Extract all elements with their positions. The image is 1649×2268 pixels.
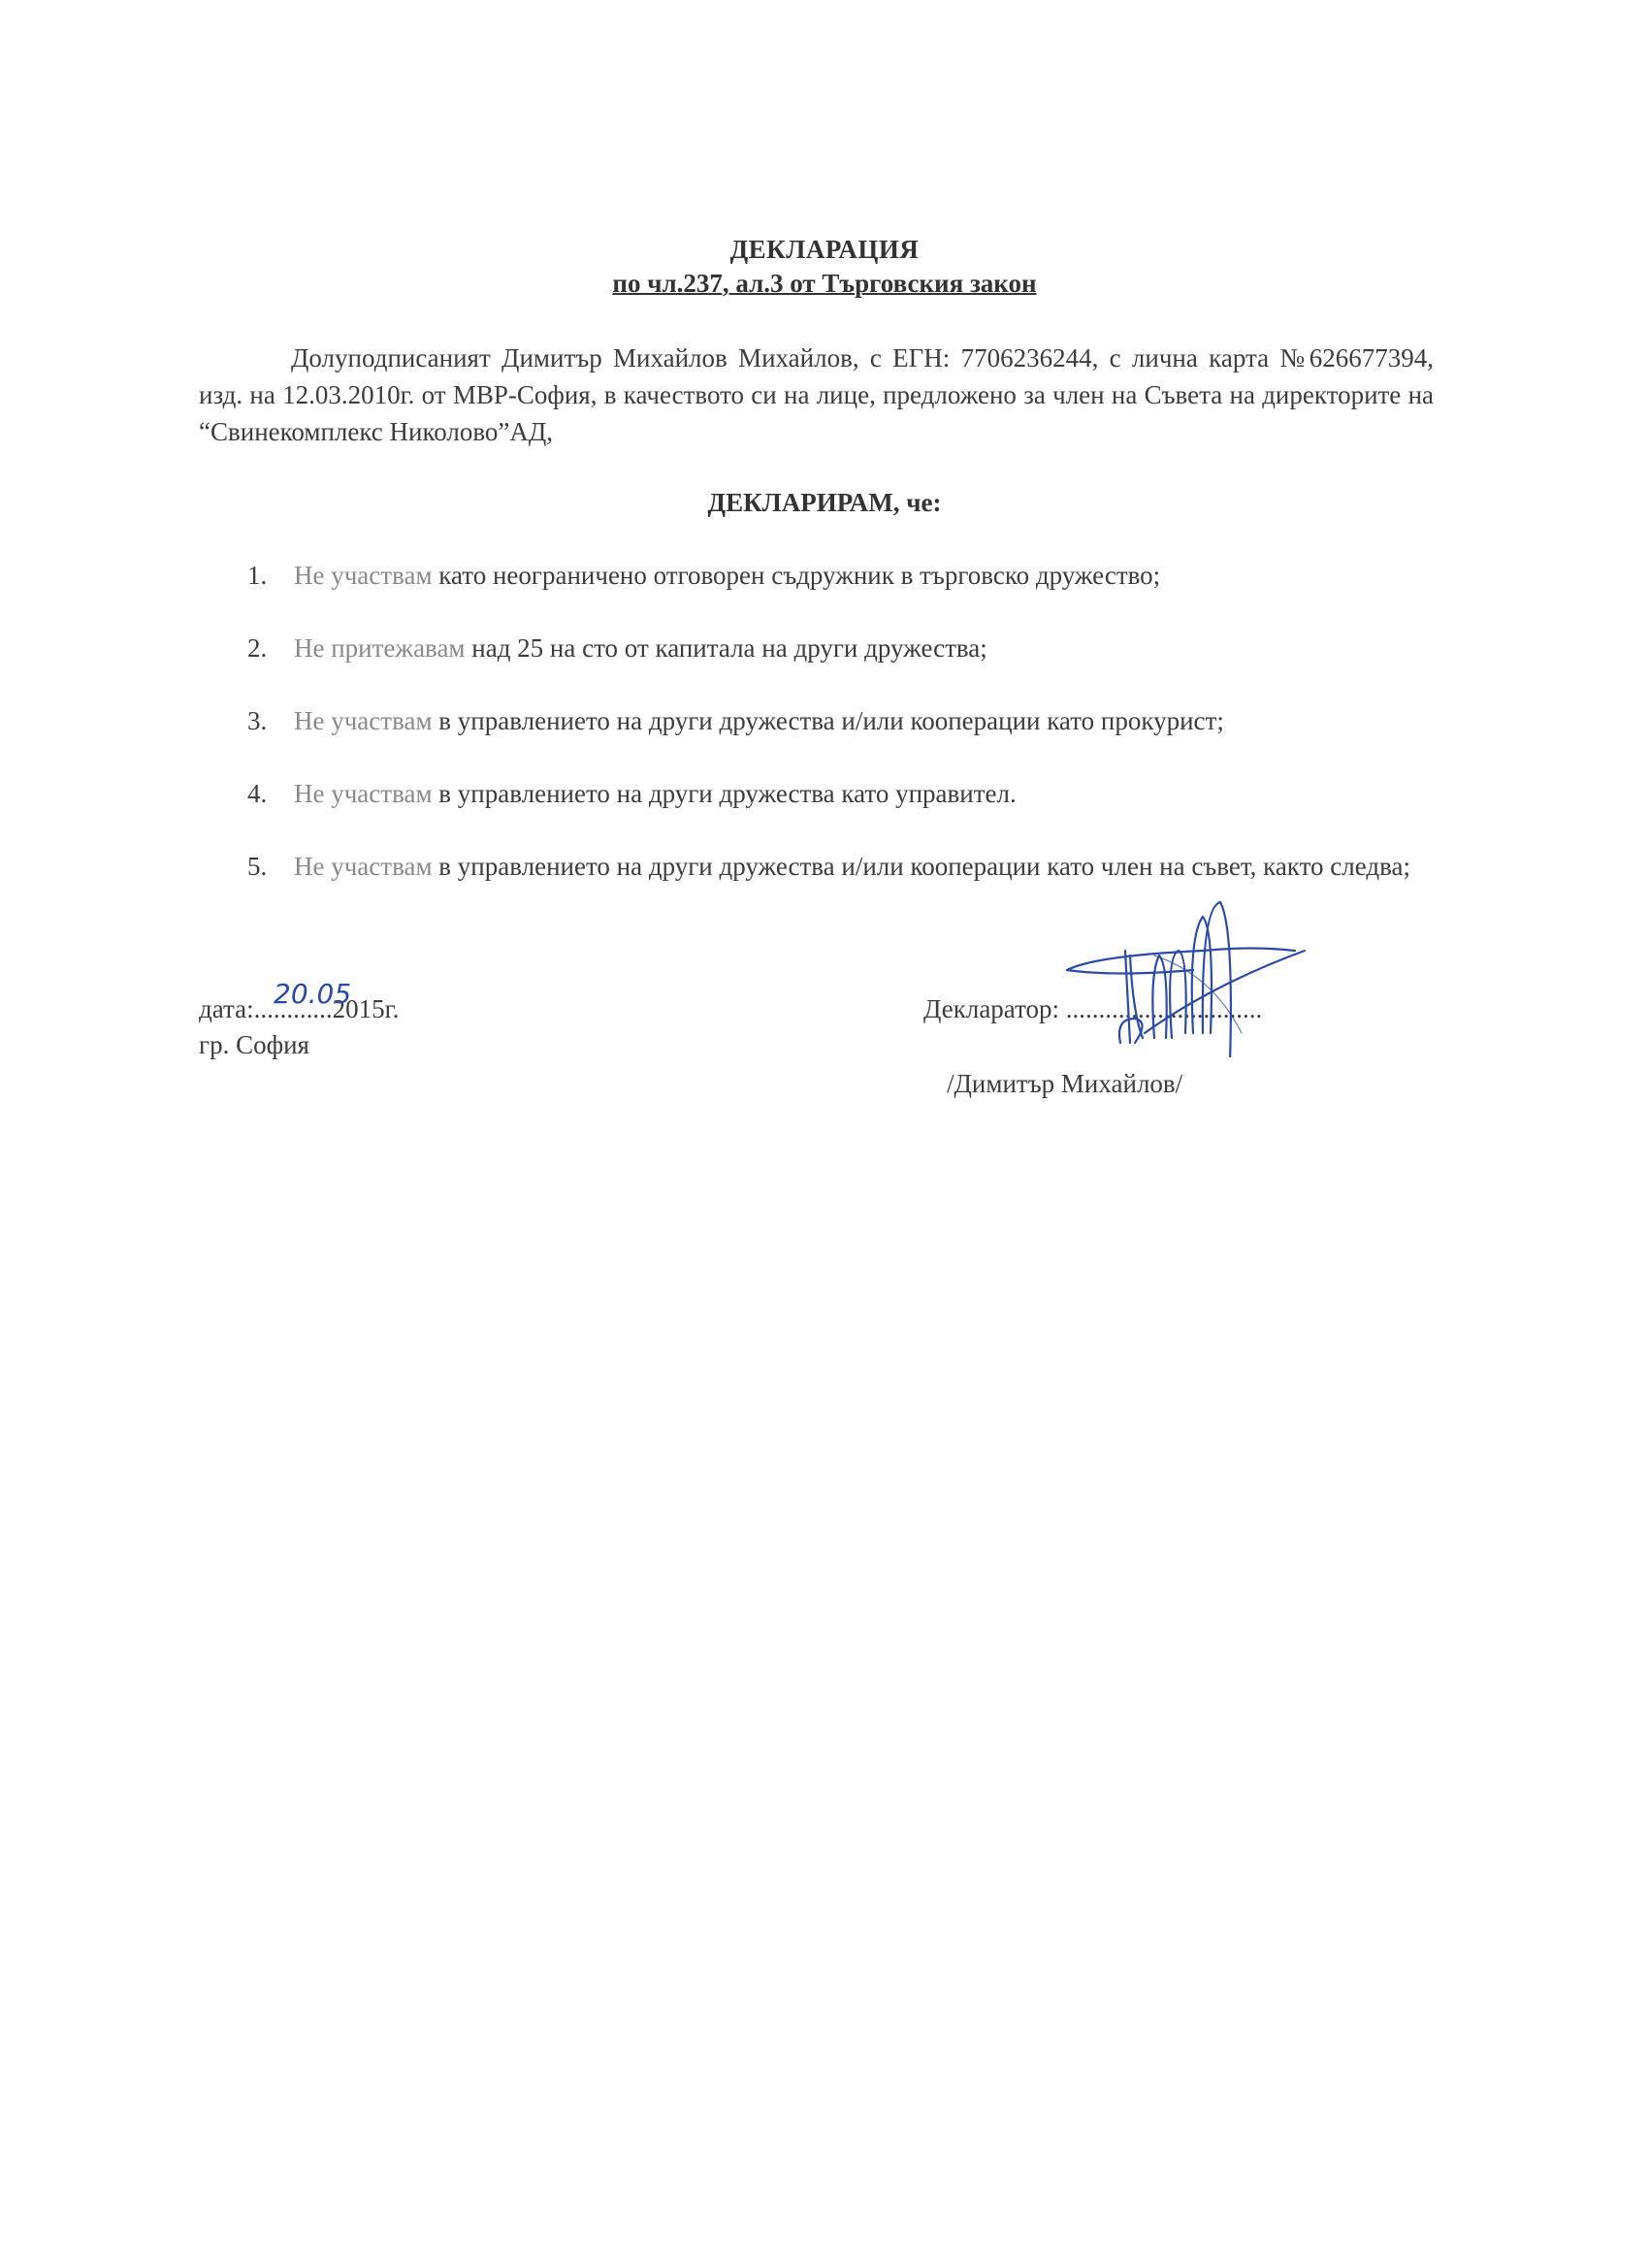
item-rest: в управлението на други дружества и/или … [433,852,1410,881]
item-lead: Не притежавам [294,633,466,663]
item-number: 5. [247,849,286,885]
item-text: Не участвам като неограничено отговорен … [294,558,1434,594]
declare-heading: ДЕКЛАРИРАМ, че: [0,488,1649,518]
item-text: Не участвам в управлението на други друж… [294,776,1434,812]
list-item: 4.Не участвам в управлението на други др… [247,776,1434,812]
item-rest: като неограничено отговорен съдружник в … [433,561,1161,590]
list-item: 1.Не участвам като неограничено отговоре… [247,558,1434,594]
declarant-label: Декларатор: [923,994,1059,1023]
item-number: 4. [247,776,286,812]
item-number: 3. [247,703,286,739]
item-text: Не притежавам над 25 на сто от капитала … [294,631,1434,666]
city: гр. София [199,1030,309,1060]
intro-paragraph: Долуподписаният Димитър Михайлов Михайло… [199,340,1434,450]
item-lead: Не участвам [294,852,433,881]
item-number: 2. [247,631,286,666]
item-rest: в управлението на други дружества като у… [433,779,1017,808]
date-label: дата: [199,994,254,1023]
item-rest: над 25 на сто от капитала на други друже… [466,633,987,663]
document-subtitle: по чл.237, ал.3 от Търговския закон [0,269,1649,299]
item-lead: Не участвам [294,561,433,590]
handwritten-date: 20.05 [274,978,351,1010]
list-item: 3.Не участвам в управлението на други др… [247,703,1434,739]
item-rest: в управлението на други дружества и/или … [433,706,1224,735]
list-item: 2.Не притежавам над 25 на сто от капитал… [247,631,1434,666]
declarant-name: /Димитър Михайлов/ [947,1069,1182,1099]
item-number: 1. [247,558,286,594]
signature-icon [1057,897,1319,1057]
item-lead: Не участвам [294,779,433,808]
item-text: Не участвам в управлението на други друж… [294,703,1434,739]
item-text: Не участвам в управлението на други друж… [294,849,1434,885]
document-title: ДЕКЛАРАЦИЯ [0,235,1649,265]
item-lead: Не участвам [294,706,433,735]
list-item: 5.Не участвам в управлението на други др… [247,849,1434,885]
